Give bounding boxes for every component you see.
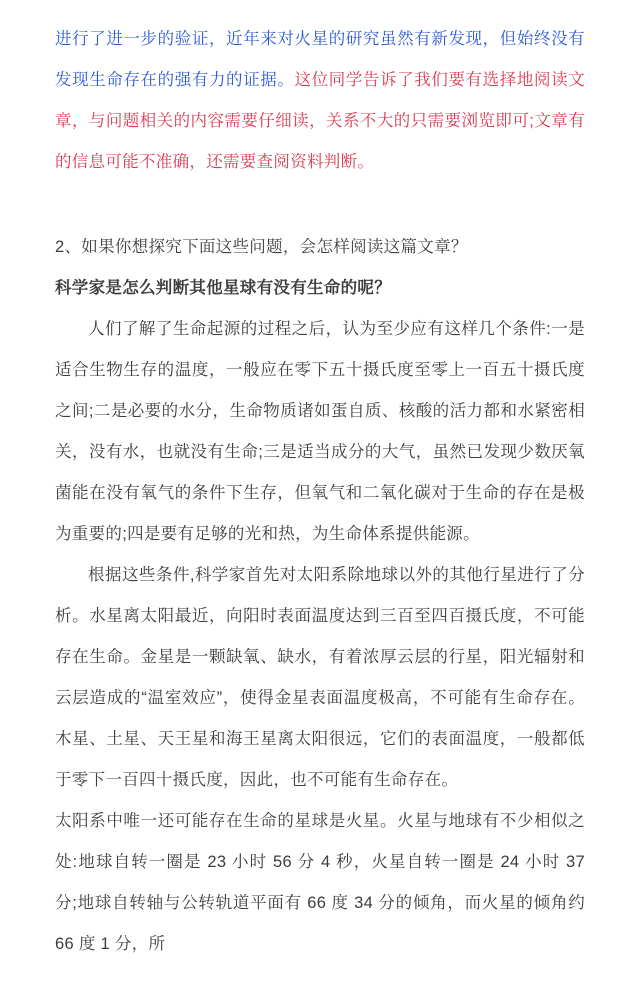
body-paragraph-mars-similarities: 太阳系中唯一还可能存在生命的星球是火星。火星与地球有不少相似之处:地球自转一圈是… <box>55 801 585 965</box>
intro-paragraph: 进行了进一步的验证，近年来对火星的研究虽然有新发现，但始终没有发现生命存在的强有… <box>55 19 585 183</box>
body-paragraph-planet-analysis: 根据这些条件,科学家首先对太阳系除地球以外的其他行星进行了分析。水星离太阳最近，… <box>55 555 585 801</box>
document-page: 进行了进一步的验证，近年来对火星的研究虽然有新发现，但始终没有发现生命存在的强有… <box>0 0 640 1002</box>
sub-question-heading: 科学家是怎么判断其他星球有没有生命的呢？ <box>55 268 585 309</box>
body-paragraph-life-conditions: 人们了解了生命起源的过程之后，认为至少应有这样几个条件:一是适合生物生存的温度，… <box>55 309 585 555</box>
question-2-heading: 2、如果你想探究下面这些问题，会怎样阅读这篇文章？ <box>55 227 585 268</box>
